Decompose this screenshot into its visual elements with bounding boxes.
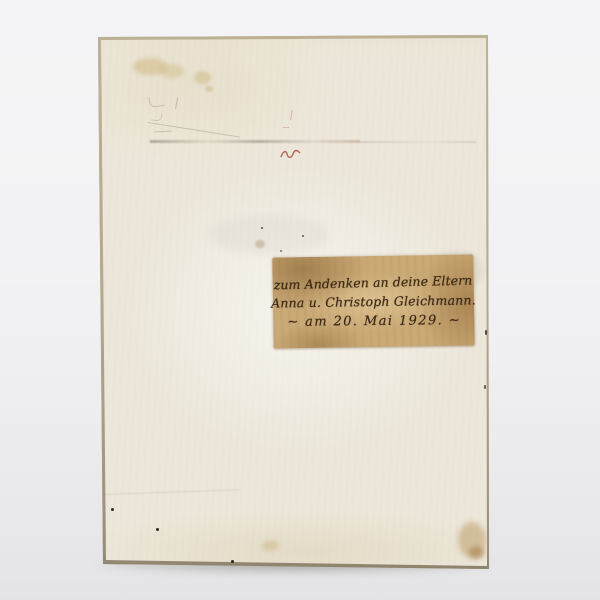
stain <box>469 546 484 559</box>
red-ink-trace <box>283 122 289 128</box>
label-line-date: ~ am 20. Mai 1929. ~ <box>287 314 461 330</box>
stain <box>160 64 184 78</box>
speck <box>111 508 114 511</box>
edge-mark <box>485 330 487 335</box>
stain <box>262 540 279 551</box>
label-line-dedication: zum Andenken an deine Eltern <box>274 273 473 292</box>
speck <box>156 528 159 531</box>
stain <box>194 71 211 84</box>
photo-scene: zum Andenken an deine Eltern Anna u. Chr… <box>0 0 600 600</box>
label-line-names: Anna u. Christoph Gleichmann. <box>271 294 476 311</box>
stain <box>205 86 213 92</box>
speck <box>231 560 234 563</box>
speck <box>302 235 304 237</box>
smudge <box>210 215 330 255</box>
paper-label: zum Andenken an deine Eltern Anna u. Chr… <box>272 254 474 348</box>
speck <box>280 250 282 252</box>
red-ink-mark <box>279 146 303 162</box>
edge-mark <box>484 385 486 389</box>
speck <box>261 227 263 229</box>
